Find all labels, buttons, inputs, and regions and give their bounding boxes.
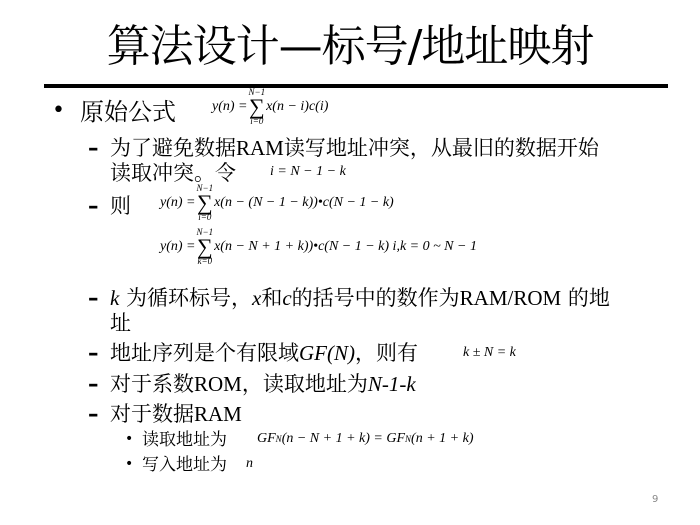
formula-read-address: GFN(n − N + 1 + k) = GFN(n + 1 + k) <box>257 431 473 447</box>
bullet-read-address: 读取地址为 <box>142 429 227 451</box>
bullet-data-ram: 对于数据RAM <box>110 402 242 427</box>
bullet-marker: • <box>125 431 133 447</box>
bullet-finite-field: 地址序列是个有限域GF(N)，则有 <box>110 341 418 366</box>
bullet-label: 原始公式 <box>80 98 176 126</box>
bullet-avoid-conflict-line2: 读取冲突。令 <box>110 161 236 186</box>
formula-index-substitution: i = N − 1 − k <box>270 164 346 180</box>
bullet-loop-index: k 为循环标号，x和c的括号中的数作为RAM/ROM 的地 <box>110 286 610 311</box>
summation-symbol: N−1 ∑ i=0 <box>197 184 214 222</box>
page-number: 9 <box>652 494 658 505</box>
dash-marker: – <box>88 136 99 160</box>
formula-modulo: k ± N = k <box>463 345 516 361</box>
bullet-coefficient-rom: 对于系数ROM，读取地址为N-1-k <box>110 372 416 397</box>
dash-marker: – <box>88 341 99 365</box>
formula-substituted-2: y(n) = N−1 ∑ k=0 x(n − N + 1 + k))•c(N −… <box>160 228 477 266</box>
summation-symbol: N−1 ∑ i=0 <box>249 88 266 126</box>
slide-title: 算法设计—标号/地址映射 <box>0 18 700 76</box>
formula-original: y(n) = N−1 ∑ i=0 x(n − i)c(i) <box>212 88 328 126</box>
bullet-avoid-conflict: 为了避免数据RAM读写地址冲突，从最旧的数据开始 <box>110 136 599 161</box>
formula-write-address: n <box>246 456 253 472</box>
dash-marker: – <box>88 194 99 218</box>
bullet-marker: • <box>125 456 133 472</box>
dash-marker: – <box>88 286 99 310</box>
bullet-marker: • <box>52 98 65 123</box>
bullet-loop-index-line2: 址 <box>110 311 131 336</box>
bullet-original-formula: 原始公式 <box>80 98 176 126</box>
dash-marker: – <box>88 402 99 426</box>
summation-symbol: N−1 ∑ k=0 <box>197 228 214 266</box>
formula-substituted-1: y(n) = N−1 ∑ i=0 x(n − (N − 1 − k))•c(N … <box>160 184 394 222</box>
dash-marker: – <box>88 372 99 396</box>
bullet-write-address: 写入地址为 <box>142 454 227 476</box>
bullet-then: 则 <box>110 194 131 219</box>
title-divider <box>44 84 668 88</box>
